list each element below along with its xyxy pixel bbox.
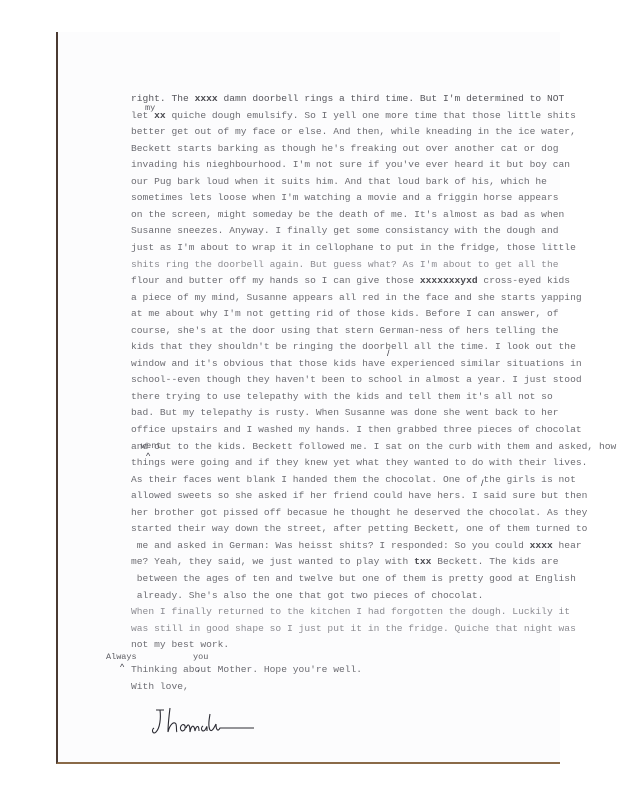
insertion-my: my: [145, 103, 155, 113]
letter-line: sometimes lets loose when I'm watching a…: [131, 192, 559, 204]
letter-line: a piece of my mind, Susanne appears all …: [131, 292, 582, 304]
letter-line: flour and butter off my hands so I can g…: [131, 275, 570, 287]
letter-line: course, she's at the door using that ste…: [131, 325, 559, 337]
signature: Thomas: [150, 704, 260, 738]
letter-line: kids that they shouldn't be ringing the …: [131, 341, 576, 353]
letter-line: As their faces went blank I handed them …: [131, 474, 576, 486]
letter-line: office upstairs and I washed my hands. I…: [131, 424, 582, 436]
letter-line: just as I'm about to wrap it in cellopha…: [131, 242, 576, 254]
letter-line: bad. But my telepathy is rusty. When Sus…: [131, 407, 559, 419]
correction-mark-icon: /: [387, 348, 390, 358]
letter-line: window and it's obvious that those kids …: [131, 358, 582, 370]
letter-line: invading his nieghbourhood. I'm not sure…: [131, 159, 570, 171]
letter-line: there trying to use telepathy with the k…: [131, 391, 553, 403]
insertion-always: Always: [106, 652, 137, 662]
insertion-caret-icon: ^: [146, 451, 150, 461]
letter-line: When I finally returned to the kitchen I…: [131, 606, 570, 618]
letter-line: on the screen, might someday be the deat…: [131, 209, 564, 221]
letter-line: Thinking about Mother. Hope you're well.: [131, 664, 362, 676]
letter-line: school--even though they haven't been to…: [131, 374, 582, 386]
insertion-caret-icon: ^: [120, 662, 124, 672]
letter-line: me? Yeah, they said, we just wanted to p…: [131, 556, 559, 568]
letter-line: already. She's also the one that got two…: [131, 590, 483, 602]
letter-line: right. The xxxx damn doorbell rings a th…: [131, 93, 564, 105]
struck-out-text: xxxxxxxyxd: [420, 275, 478, 286]
letter-line: her brother got pissed off becasue he th…: [131, 507, 587, 519]
correction-mark-icon: /: [481, 478, 484, 488]
struck-out-text: xxxx: [195, 93, 218, 104]
letter-line: things were going and if they knew yet w…: [131, 457, 587, 469]
letter-line: at me about why I'm not getting rid of t…: [131, 308, 559, 320]
letter-line: not my best work.: [131, 639, 229, 651]
letter-line: Susanne sneezes. Anyway. I finally get s…: [131, 225, 559, 237]
letter-line: better get out of my face or else. And t…: [131, 126, 576, 138]
struck-out-text: xx: [154, 110, 166, 121]
letter-line: Beckett starts barking as though he's fr…: [131, 143, 559, 155]
letter-line: our Pug bark loud when it suits him. And…: [131, 176, 547, 188]
struck-out-text: xxxx: [530, 540, 553, 551]
letter-line: let xx quiche dough emulsify. So I yell …: [131, 110, 576, 122]
letter-line: With love,: [131, 681, 189, 693]
letter-line: between the ages of ten and twelve but o…: [131, 573, 576, 585]
letter-line: was still in good shape so I just put it…: [131, 623, 576, 635]
insertion-you: you: [193, 652, 208, 662]
letter-line: and out to the kids. Beckett followed me…: [131, 441, 616, 453]
struck-out-text: txx: [414, 556, 431, 567]
insertion-went: went: [141, 441, 161, 451]
insertion-caret-icon: ,: [197, 663, 200, 673]
letter-line: allowed sweets so she asked if her frien…: [131, 490, 587, 502]
letter-line: me and asked in German: Was heisst shits…: [131, 540, 582, 552]
letter-line: started their way down the street, after…: [131, 523, 587, 535]
letter-line: shits ring the doorbell again. But guess…: [131, 259, 559, 271]
